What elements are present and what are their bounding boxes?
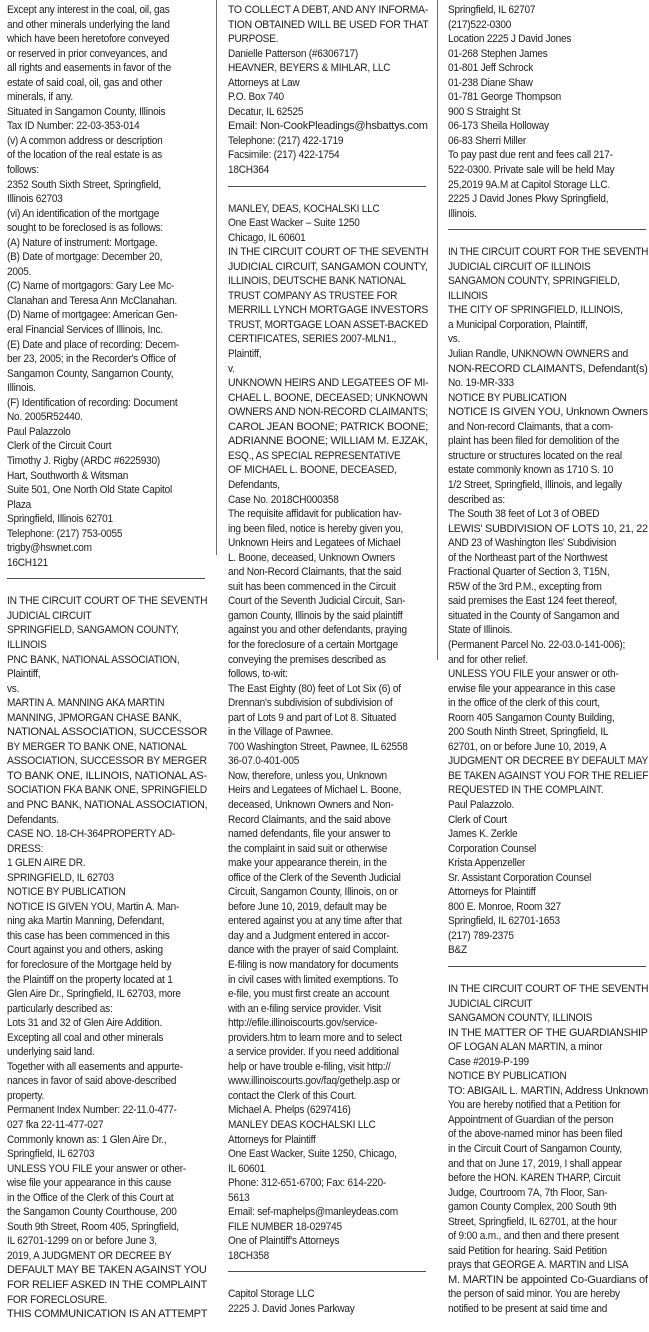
notice-text-line: and PNC BANK, NATIONAL ASSOCIATION, <box>7 798 196 813</box>
notice-text-line: sought to be foreclosed is as follows: <box>7 221 187 236</box>
notice-text-line: Judge, Courtroom 7A, 7th Floor, San- <box>448 1186 628 1201</box>
notice-text-line: underlying said land. <box>7 1045 187 1060</box>
notice-text-line: B&Z <box>448 943 628 958</box>
notice-text-line: Clerk of Court <box>448 813 628 828</box>
notice-text-line: 900 S Straight St <box>448 105 628 120</box>
notice-text-line: Sangamon County, Sangamon County, <box>7 367 187 382</box>
notice-text-line: Court of the Seventh Judicial Circuit, S… <box>228 594 408 609</box>
notice-text-line: Street, Springfield, IL 62701, at the ho… <box>448 1215 628 1230</box>
notice-text-line: Appointment of Guardian of the person <box>448 1113 628 1128</box>
notice-text-line: conveying the premises described as <box>228 653 408 668</box>
notice-text-line: The requisite affidavit for publication … <box>228 507 408 522</box>
notice-text-line: property. <box>7 1089 187 1104</box>
notice-text-line: Plaza <box>7 498 187 513</box>
notice-text-line: Springfield, IL 62707 <box>448 3 628 18</box>
notice-text-line: 027 fka 22-11-477-027 <box>7 1118 187 1133</box>
notice-text-line: plaint has been filed for demolition of … <box>448 434 628 449</box>
notice-text-line: UNKNOWN HEIRS AND LEGATEES OF MI- <box>228 376 416 391</box>
notice-text-line: Illinois. <box>448 207 628 222</box>
notice-text-line: Unknown Heirs and Legatees of Michael <box>228 536 408 551</box>
notice-text-line: the Sangamon County Courthouse, 200 <box>7 1205 187 1220</box>
notice-text-line: providers.htm to learn more and to selec… <box>228 1031 408 1046</box>
notice-text-line: follows: <box>7 163 187 178</box>
notice-text-line: or reserved in prior conveyances, and <box>7 47 187 62</box>
notice-text-line: ILLINOIS <box>7 638 187 653</box>
notice-text-line: suit has been commenced in the Circuit <box>228 580 408 595</box>
notice-text-line: 01-801 Jeff Schrock <box>448 61 628 76</box>
notice-text-line: for the foreclosure of a certain Mortgag… <box>228 638 408 653</box>
notice-text-line: Heirs and Legatees of Michael L. Boone, <box>228 783 408 798</box>
notice-text-line: estate of said coal, oil, gas and other <box>7 76 187 91</box>
notice-text-line: 700 Washington Street, Pawnee, IL 62558 <box>228 740 408 755</box>
notice-text-line: in civil cases with limited exemptions. … <box>228 973 408 988</box>
notice-separator-rule <box>7 578 205 579</box>
notice-text-line: Telephone: (217) 422-1719 <box>228 134 408 149</box>
notice-text-line: ADRIANNE BOONE; WILLIAM M. EJZAK, <box>228 434 426 449</box>
notice-text-line: erwise file your appearance in this case <box>448 682 628 697</box>
notice-text-line: help or have trouble e-filing, visit htt… <box>228 1060 408 1075</box>
notice-text-line: 1/2 Street, Springfield, Illinois, and l… <box>448 478 628 493</box>
notice-text-line: Attorneys at Law <box>228 76 408 91</box>
notice-text-line: MERRILL LYNCH MORTGAGE INVESTORS <box>228 303 413 318</box>
notice-text-line: ILLINOIS <box>448 289 628 304</box>
notice-text-line: CHAEL L. BOONE, DECEASED; UNKNOWN <box>228 391 411 406</box>
notice-text-line: MANNING, JPMORGAN CHASE BANK, <box>7 711 187 726</box>
notice-text-line: Circuit, Sangamon County, Illinois, on o… <box>228 885 408 900</box>
notice-text-line: Situated in Sangamon County, Illinois <box>7 105 187 120</box>
notice-text-line: (F) Identification of recording: Documen… <box>7 396 187 411</box>
notice-text-line: Michael A. Phelps (6297416) <box>228 1103 408 1118</box>
notice-text-line: NOTICE IS GIVEN YOU, Unknown Owners <box>448 405 641 420</box>
notice-text-line: BE TAKEN AGAINST YOU FOR THE RELIEF <box>448 769 631 784</box>
notice-text-line: (D) Name of mortgagee: American Gen- <box>7 308 187 323</box>
legal-notice: Except any interest in the coal, oil, ga… <box>7 3 207 570</box>
notice-text-line: E-filing is now mandatory for documents <box>228 958 408 973</box>
notice-text-line: Hart, Southworth & Witsman <box>7 469 187 484</box>
notice-text-line: of the Northeast part of the Northwest <box>448 551 628 566</box>
notice-text-line: which have been heretofore conveyed <box>7 32 187 47</box>
notice-text-line: (Permanent Parcel No. 22-03.0-141-006); <box>448 638 628 653</box>
notice-text-line: in the office of the clerk of this court… <box>448 696 628 711</box>
notice-text-line: TION OBTAINED WILL BE USED FOR THAT <box>228 18 413 33</box>
notice-text-line: TRUST, MORTGAGE LOAN ASSET-BACKED <box>228 318 409 333</box>
notice-text-line: ning aka Martin Manning, Defendant, <box>7 914 187 929</box>
notice-text-line: nances in favor of said above-described <box>7 1074 187 1089</box>
notice-text-line: Glen Aire Dr., Springfield, IL 62703, mo… <box>7 987 187 1002</box>
notice-separator-rule <box>228 1271 426 1272</box>
notice-text-line: prays that GEORGE A. MARTIN and LISA <box>448 1258 628 1273</box>
notice-text-line: 2225 J. David Jones Parkway <box>228 1302 408 1317</box>
notice-text-line: 62701, on or before June 10, 2019, A <box>448 740 628 755</box>
notice-text-line: Paul Palazzolo. <box>448 798 628 813</box>
notice-text-line: Springfield, IL 62703 <box>7 1147 187 1162</box>
notice-text-line: day and a Judgment entered in accor- <box>228 929 408 944</box>
notice-text-line: Attorneys for Plaintiff <box>448 885 628 900</box>
notice-text-line: Location 2225 J David Jones <box>448 32 628 47</box>
notice-text-line: estate commonly known as 1710 S. 10 <box>448 463 628 478</box>
legal-notice: MANLEY, DEAS, KOCHALSKI LLCOne East Wack… <box>228 202 428 1264</box>
notice-text-line: IN THE CIRCUIT COURT FOR THE SEVENTH <box>448 245 625 260</box>
notice-text-line: The South 38 feet of Lot 3 of OBED <box>448 507 628 522</box>
notice-text-line: gamon County Complex, 200 South 9th <box>448 1200 628 1215</box>
notice-text-line: Together with all easements and appurte- <box>7 1060 187 1075</box>
notice-text-line: 06-83 Sherri Miller <box>448 134 628 149</box>
notice-text-line: structure or structures located on the r… <box>448 449 628 464</box>
notice-text-line: Excepting all coal and other minerals <box>7 1031 187 1046</box>
notice-text-line: 5613 <box>228 1191 408 1206</box>
notice-text-line: follows, to-wit: <box>228 667 408 682</box>
notice-text-line: Decatur, IL 62525 <box>228 105 408 120</box>
notice-text-line: notified to be present at said time and <box>448 1302 628 1317</box>
notice-text-line: Julian Randle, UNKNOWN OWNERS and <box>448 347 628 362</box>
notice-text-line: IL 60601 <box>228 1162 408 1177</box>
notice-text-line: a Municipal Corporation, Plaintiff, <box>448 318 628 333</box>
notice-text-line: (v) A common address or description <box>7 134 187 149</box>
notice-text-line: 18CH358 <box>228 1249 408 1264</box>
notice-text-line: JUDICIAL CIRCUIT OF ILLINOIS <box>448 260 628 275</box>
notice-text-line: South 9th Street, Room 405, Springfield, <box>7 1220 187 1235</box>
column-divider-left <box>216 0 217 555</box>
notice-text-line: Case #2019-P-199 <box>448 1055 628 1070</box>
notice-text-line: of the above-named minor has been filed <box>448 1127 628 1142</box>
notice-text-line: Fractional Quarter of Section 3, T15N, <box>448 565 628 580</box>
notice-text-line: State of Illinois. <box>448 623 628 638</box>
notice-text-line: L. Boone, deceased, Unknown Owners <box>228 551 408 566</box>
notice-text-line: trigby@hswnet.com <box>7 541 187 556</box>
notice-text-line: SANGAMON COUNTY, SPRINGFIELD, <box>448 274 628 289</box>
notice-text-line: Sr. Assistant Corporation Counsel <box>448 871 628 886</box>
notice-text-line: Commonly known as: 1 Glen Aire Dr., <box>7 1133 187 1148</box>
notice-text-line: Tax ID Number: 22-03-353-014 <box>7 119 187 134</box>
legal-notice: IN THE CIRCUIT COURT OF THE SEVENTHJUDIC… <box>7 594 207 1321</box>
notice-text-line: Plaintiff, <box>7 667 187 682</box>
notice-text-line: Danielle Patterson (#6306717) <box>228 47 408 62</box>
notice-text-line: http://efile.illinoiscourts.gov/service- <box>228 1016 408 1031</box>
notice-text-line: No. 19-MR-333 <box>448 376 628 391</box>
notice-text-line: NOTICE IS GIVEN YOU, Martin A. Man- <box>7 900 187 915</box>
notice-text-line: Permanent Index Number: 22-11.0-477- <box>7 1103 187 1118</box>
notice-text-line: ILLINOIS, DEUTSCHE BANK NATIONAL <box>228 274 408 289</box>
notice-text-line: 522-0300. Private sale will be held May <box>448 163 628 178</box>
notice-text-line: Corporation Counsel <box>448 842 628 857</box>
notice-text-line: TO COLLECT A DEBT, AND ANY INFORMA- <box>228 3 414 18</box>
notice-text-line: named defendants, file your answer to <box>228 827 408 842</box>
notice-text-line: part of Lots 9 and part of Lot 8. Situat… <box>228 711 408 726</box>
notice-text-line: TO BANK ONE, ILLINOIS, NATIONAL AS- <box>7 769 205 784</box>
notice-text-line: (E) Date and place of recording: Decem- <box>7 338 187 353</box>
notice-text-line: 36-07.0-401-005 <box>228 754 408 769</box>
notice-text-line: JUDICIAL CIRCUIT <box>7 609 187 624</box>
notice-text-line: R5W of the 3rd P.M., excepting from <box>448 580 628 595</box>
notice-text-line: (217)522-0300 <box>448 18 628 33</box>
notice-text-line: situated in the County of Sangamon and <box>448 609 628 624</box>
notice-text-line: (vi) An identification of the mortgage <box>7 207 187 222</box>
notice-text-line: CAROL JEAN BOONE; PATRICK BOONE; <box>228 420 423 435</box>
notice-text-line: Plaintiff, <box>228 347 408 362</box>
column-left: Except any interest in the coal, oil, ga… <box>7 3 207 1322</box>
notice-text-line: M. MARTIN be appointed Co-Guardians of <box>448 1273 646 1288</box>
notice-text-line: gamon County, Illinois by the said plain… <box>228 609 408 624</box>
notice-text-line: THE CITY OF SPRINGFIELD, ILLINOIS, <box>448 303 628 318</box>
notice-text-line: 1 GLEN AIRE DR. <box>7 856 187 871</box>
notice-text-line: and that on June 17, 2019, I shall appea… <box>448 1157 628 1172</box>
notice-text-line: particularly described as: <box>7 1002 187 1017</box>
notice-separator-rule <box>228 186 426 187</box>
notice-text-line: this case has been commenced in this <box>7 929 187 944</box>
notice-text-line: wise file your appearance in this cause <box>7 1176 187 1191</box>
notice-text-line: eral Financial Services of Illinois, Inc… <box>7 323 187 338</box>
notice-text-line: www.illinoiscourts.gov/faq/gethelp.asp o… <box>228 1074 408 1089</box>
notice-text-line: Illinois. <box>7 381 187 396</box>
notice-text-line: MANLEY DEAS KOCHALSKI LLC <box>228 1118 408 1133</box>
notice-text-line: 2019, A JUDGMENT OR DECREE BY <box>7 1249 187 1264</box>
legal-notice: Springfield, IL 62707(217)522-0300Locati… <box>448 3 648 221</box>
column-right: Springfield, IL 62707(217)522-0300Locati… <box>448 3 648 1317</box>
notice-text-line: NOTICE BY PUBLICATION <box>448 391 628 406</box>
notice-text-line: OF MICHAEL L. BOONE, DECEASED, <box>228 463 408 478</box>
notice-text-line: One East Wacker, Suite 1250, Chicago, <box>228 1147 408 1162</box>
notice-text-line: the complaint in said suit or otherwise <box>228 842 408 857</box>
column-divider-right <box>437 0 438 660</box>
notice-text-line: Except any interest in the coal, oil, ga… <box>7 3 187 18</box>
notice-text-line: (A) Nature of instrument: Mortgage. <box>7 236 187 251</box>
notice-text-line: TO: ABIGAIL L. MARTIN, Address Unknown <box>448 1084 639 1099</box>
notice-text-line: AND 23 of Washington Iles' Subdivision <box>448 536 628 551</box>
notice-text-line: ASSOCIATION, SUCCESSOR BY MERGER <box>7 754 193 769</box>
notice-text-line: Capitol Storage LLC <box>228 1287 408 1302</box>
notice-text-line: P.O. Box 740 <box>228 90 408 105</box>
notice-text-line: a service provider. If you need addition… <box>228 1045 408 1060</box>
legal-notice: IN THE CIRCUIT COURT FOR THE SEVENTHJUDI… <box>448 245 648 958</box>
notice-text-line: before June 10, 2019, default may be <box>228 900 408 915</box>
notice-text-line: Telephone: (217) 753-0055 <box>7 527 187 542</box>
notice-text-line: PNC BANK, NATIONAL ASSOCIATION, <box>7 653 187 668</box>
notice-text-line: To pay past due rent and fees call 217- <box>448 148 628 163</box>
notice-text-line: SANGAMON COUNTY, ILLINOIS <box>448 1011 628 1026</box>
notice-text-line: 800 E. Monroe, Room 327 <box>448 900 628 915</box>
notice-text-line: OWNERS AND NON-RECORD CLAIMANTS; <box>228 405 411 420</box>
notice-text-line: The East Eighty (80) feet of Lot Six (6)… <box>228 682 408 697</box>
notice-text-line: One East Wacker – Suite 1250 <box>228 216 408 231</box>
notice-text-line: and other minerals underlying the land <box>7 18 187 33</box>
notice-text-line: minerals, if any. <box>7 90 187 105</box>
notice-text-line: Springfield, IL 62701-1653 <box>448 914 628 929</box>
notice-text-line: PURPOSE. <box>228 32 408 47</box>
notice-text-line: Email: sef-maphelps@manleydeas.com <box>228 1205 408 1220</box>
notice-text-line: 2352 South Sixth Street, Springfield, <box>7 178 187 193</box>
notice-text-line: described as: <box>448 493 628 508</box>
notice-text-line: LEWIS' SUBDIVISION OF LOTS 10, 21, 22 <box>448 522 641 537</box>
notice-text-line: before the HON. KAREN THARP, Circuit <box>448 1171 628 1186</box>
notice-text-line: in the Office of the Clerk of this Court… <box>7 1191 187 1206</box>
notice-text-line: Defendants. <box>7 813 187 828</box>
notice-text-line: the person of said minor. You are hereby <box>448 1287 628 1302</box>
notice-text-line: One of Plaintiff's Attorneys <box>228 1234 408 1249</box>
notice-text-line: ber 23, 2005; in the Recorder's Office o… <box>7 352 187 367</box>
notice-text-line: DEFAULT MAY BE TAKEN AGAINST YOU <box>7 1263 203 1278</box>
notice-text-line: JUDICIAL CIRCUIT, SANGAMON COUNTY, <box>228 260 417 275</box>
notice-text-line: vs. <box>448 332 628 347</box>
notice-text-line: said Petition for hearing. Said Petition <box>448 1244 628 1259</box>
notice-separator-rule <box>448 966 646 967</box>
notice-text-line: 01-268 Stephen James <box>448 47 628 62</box>
notice-text-line: 2005. <box>7 265 187 280</box>
notice-text-line: TRUST COMPANY AS TRUSTEE FOR <box>228 289 408 304</box>
notice-separator-rule <box>448 229 646 230</box>
notice-text-line: Chicago, IL 60601 <box>228 231 408 246</box>
notice-text-line: with an e-filing service provider. Visit <box>228 1002 408 1017</box>
notice-text-line: Lots 31 and 32 of Glen Aire Addition. <box>7 1016 187 1031</box>
notice-text-line: Drennan's subdivision of subdivision of <box>228 696 408 711</box>
notice-text-line: and Non-record Claimants, that a com- <box>448 420 628 435</box>
legal-notice: Capitol Storage LLC2225 J. David Jones P… <box>228 1287 428 1316</box>
notice-text-line: Clerk of the Circuit Court <box>7 439 187 454</box>
notice-text-line: Paul Palazzolo <box>7 425 187 440</box>
notice-text-line: NOTICE BY PUBLICATION <box>7 885 187 900</box>
notice-text-line: Room 405 Sangamon County Building, <box>448 711 628 726</box>
notice-text-line: IN THE CIRCUIT COURT OF THE SEVENTH <box>7 594 190 609</box>
notice-text-line: 2225 J David Jones Pkwy Springfield, <box>448 192 628 207</box>
notice-text-line: James K. Zerkle <box>448 827 628 842</box>
notice-text-line: CASE NO. 18-CH-364PROPERTY AD- <box>7 827 187 842</box>
notice-text-line: You are hereby notified that a Petition … <box>448 1098 628 1113</box>
notice-text-line: Springfield, Illinois 62701 <box>7 512 187 527</box>
notice-text-line: dance with the prayer of said Complaint. <box>228 943 408 958</box>
notice-text-line: 06-173 Sheila Holloway <box>448 119 628 134</box>
notice-text-line: OF LOGAN ALAN MARTIN, a minor <box>448 1040 628 1055</box>
notice-text-line: SPRINGFIELD, SANGAMON COUNTY, <box>7 623 187 638</box>
notice-text-line: for foreclosure of the Mortgage held by <box>7 958 187 973</box>
notice-text-line: 25,2019 9A.M at Capitol Storage LLC. <box>448 178 628 193</box>
legal-notice: IN THE CIRCUIT COURT OF THE SEVENTHJUDIC… <box>448 982 648 1317</box>
notice-text-line: of the location of the real estate is as <box>7 148 187 163</box>
notice-text-line: and for other relief. <box>448 653 628 668</box>
notice-text-line: contact the Clerk of this Court. <box>228 1089 408 1104</box>
notice-text-line: Phone: 312-651-6700; Fax: 614-220- <box>228 1176 408 1191</box>
notice-text-line: IL 62701-1299 on or before June 3, <box>7 1234 187 1249</box>
notice-text-line: JUDICIAL CIRCUIT <box>448 997 628 1012</box>
notice-text-line: the Plaintiff on the property located at… <box>7 973 187 988</box>
notice-text-line: in the Circuit Court of Sangamon County, <box>448 1142 628 1157</box>
notice-text-line: BY MERGER TO BANK ONE, NATIONAL <box>7 740 187 755</box>
column-middle: TO COLLECT A DEBT, AND ANY INFORMA-TION … <box>228 3 428 1317</box>
notice-text-line: NON-RECORD CLAIMANTS, Defendant(s) <box>448 362 641 377</box>
notice-text-line: Illinois 62703 <box>7 192 187 207</box>
notice-text-line: Now, therefore, unless you, Unknown <box>228 769 408 784</box>
notice-text-line: Facsimile: (217) 422-1754 <box>228 148 408 163</box>
notice-text-line: Attorneys for Plaintiff <box>228 1133 408 1148</box>
notice-text-line: Case No. 2018CH000358 <box>228 493 408 508</box>
notice-text-line: FOR RELIEF ASKED IN THE COMPLAINT <box>7 1278 201 1293</box>
notice-text-line: make your appearance therein, in the <box>228 856 408 871</box>
notice-text-line: v. <box>228 362 408 377</box>
notice-text-line: 01-238 Diane Shaw <box>448 76 628 91</box>
notice-text-line: 200 South Ninth Street, Springfield, IL <box>448 725 628 740</box>
notice-text-line: (C) Name of mortgagors: Gary Lee Mc- <box>7 279 187 294</box>
notice-text-line: FOR FORECLOSURE. <box>7 1293 187 1308</box>
notice-text-line: against you and other defendants, prayin… <box>228 623 408 638</box>
notice-text-line: Clanahan and Teresa Ann McClanahan. <box>7 294 187 309</box>
legal-notice: TO COLLECT A DEBT, AND ANY INFORMA-TION … <box>228 3 428 178</box>
notice-text-line: (217) 789-2375 <box>448 929 628 944</box>
notice-text-line: FILE NUMBER 18-029745 <box>228 1220 408 1235</box>
notice-text-line: (B) Date of mortgage: December 20, <box>7 250 187 265</box>
notice-text-line: HEAVNER, BEYERS & MIHLAR, LLC <box>228 61 408 76</box>
notice-text-line: SPRINGFIELD, IL 62703 <box>7 871 187 886</box>
notice-text-line: and Non-Record Claimants, that the said <box>228 565 408 580</box>
notice-text-line: IN THE CIRCUIT COURT OF THE SEVENTH <box>448 982 631 997</box>
notice-text-line: deceased, Unknown Owners and Non- <box>228 798 408 813</box>
notice-text-line: all rights and easements in favor of the <box>7 61 187 76</box>
notice-text-line: JUDGMENT OR DECREE BY DEFAULT MAY <box>448 754 630 769</box>
notice-text-line: e-file, you must first create an account <box>228 987 408 1002</box>
notice-text-line: Timothy J. Rigby (ARDC #6225930) <box>7 454 187 469</box>
notice-text-line: 01-781 George Thompson <box>448 90 628 105</box>
notice-text-line: entered against you at any time after th… <box>228 914 408 929</box>
notice-text-line: REQUESTED IN THE COMPLAINT. <box>448 783 628 798</box>
notice-text-line: office of the Clerk of the Seventh Judic… <box>228 871 408 886</box>
notice-text-line: Suite 501, One North Old State Capitol <box>7 483 187 498</box>
notice-text-line: Defendants, <box>228 478 408 493</box>
notice-text-line: of 9:00 a.m., and then and there present <box>448 1229 628 1244</box>
notice-text-line: MANLEY, DEAS, KOCHALSKI LLC <box>228 202 408 217</box>
notice-text-line: said premises the East 124 feet thereof, <box>448 594 628 609</box>
notice-text-line: 18CH364 <box>228 163 408 178</box>
notice-text-line: Krista Appenzeller <box>448 856 628 871</box>
legal-notices-page: Except any interest in the coal, oil, ga… <box>0 0 649 1332</box>
notice-text-line: MARTIN A. MANNING AKA MARTIN <box>7 696 187 711</box>
notice-text-line: UNLESS YOU FILE your answer or oth- <box>448 667 628 682</box>
notice-text-line: NOTICE BY PUBLICATION <box>448 1069 628 1084</box>
notice-text-line: Record Claimants, and the said above <box>228 813 408 828</box>
notice-text-line: IN THE MATTER OF THE GUARDIANSHIP <box>448 1026 639 1041</box>
notice-text-line: Court against you and others, asking <box>7 943 187 958</box>
notice-text-line: in the Village of Pawnee. <box>228 725 408 740</box>
notice-text-line: vs. <box>7 682 187 697</box>
notice-text-line: THIS COMMUNICATION IS AN ATTEMPT <box>7 1307 205 1322</box>
notice-text-line: DRESS: <box>7 842 187 857</box>
notice-text-line: No. 2005R52440. <box>7 410 187 425</box>
notice-text-line: NATIONAL ASSOCIATION, SUCCESSOR <box>7 725 205 740</box>
notice-text-line: ing been filed, notice is hereby given y… <box>228 522 408 537</box>
notice-text-line: IN THE CIRCUIT COURT OF THE SEVENTH <box>228 245 411 260</box>
notice-text-line: SOCIATION FKA BANK ONE, SPRINGFIELD <box>7 783 190 798</box>
notice-text-line: UNLESS YOU FILE your answer or other- <box>7 1162 187 1177</box>
notice-text-line: 16CH121 <box>7 556 187 571</box>
notice-text-line: ESQ., AS SPECIAL REPRESENTATIVE <box>228 449 408 464</box>
notice-text-line: CERTIFICATES, SERIES 2007-MLN1., <box>228 332 408 347</box>
notice-text-line: Email: Non-CookPleadings@hsbattys.com <box>228 119 426 134</box>
